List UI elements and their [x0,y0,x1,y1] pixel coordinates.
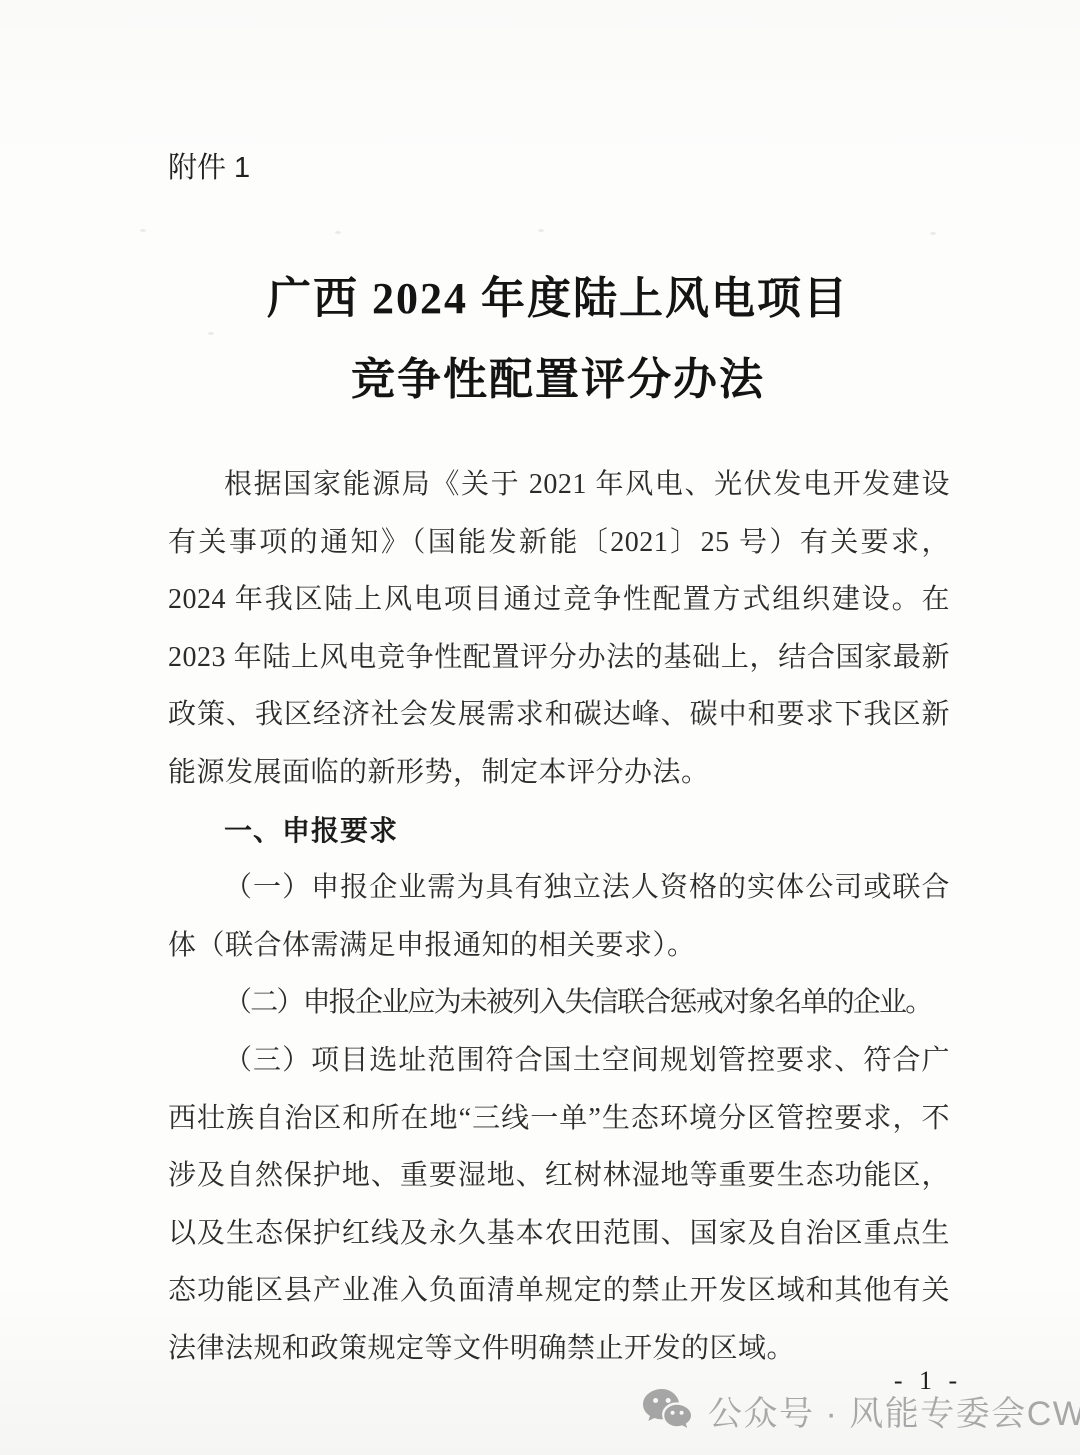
item-paragraph-2: （二）申报企业应为未被列入失信联合惩戒对象名单的企业。 [168,974,950,1032]
scan-speck [538,229,544,232]
document-title-line-2: 竞争性配置评分办法 [168,339,948,420]
page-number: - 1 - [868,1366,988,1396]
wechat-icon [642,1388,696,1434]
document-title: 广西 2024 年度陆上风电项目 竞争性配置评分办法 [168,258,948,420]
scan-speck [930,232,936,235]
document-title-line-1: 广西 2024 年度陆上风电项目 [168,258,948,339]
scan-speck [208,332,214,335]
document-page: 附件 1 广西 2024 年度陆上风电项目 竞争性配置评分办法 根据国家能源局《… [0,0,1080,1455]
scan-speck [335,231,341,234]
attachment-label: 附件 1 [168,148,1080,188]
scan-speck [140,229,146,232]
item-paragraph-3: （三）项目选址范围符合国土空间规划管控要求、符合广西壮族自治区和所在地“三线一单… [168,1032,950,1378]
wechat-watermark: 公众号 · 风能专委会CWEA [642,1386,1080,1435]
section-heading: 一、申报要求 [168,802,950,860]
document-body: 根据国家能源局《关于 2021 年风电、光伏发电开发建设有关事项的通知》（国能发… [168,456,950,1378]
item-paragraph-1: （一）申报企业需为具有独立法人资格的实体公司或联合体（联合体需满足申报通知的相关… [168,859,950,974]
intro-paragraph: 根据国家能源局《关于 2021 年风电、光伏发电开发建设有关事项的通知》（国能发… [168,456,950,802]
